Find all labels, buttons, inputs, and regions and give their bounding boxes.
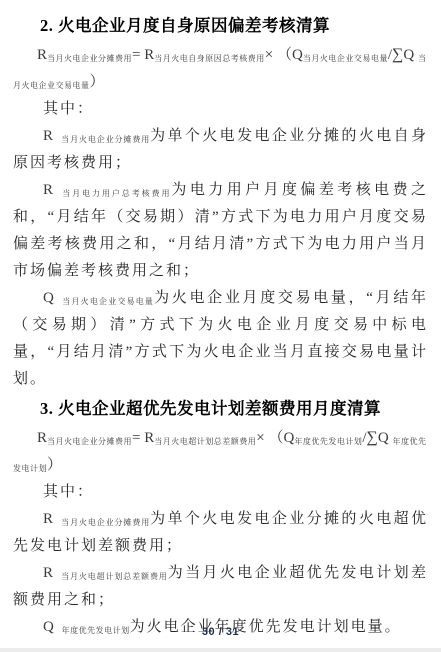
document-page: 2. 火电企业月度自身原因偏差考核清算 R当月火电企业分摊费用= R当月火电自身… (0, 0, 441, 652)
formula-var: R (37, 430, 47, 446)
section-2-heading: 2. 火电企业月度自身原因偏差考核清算 (40, 12, 428, 39)
formula-var: R (43, 182, 55, 198)
formula-var: Q (283, 430, 294, 446)
formula-subscript: 当月电力用户总考核费用 (62, 189, 171, 198)
definition-paragraph: R 当月火电企业分摊费用为单个火电发电企业分摊的火电超优先发电计划差额费用； (13, 506, 428, 560)
formula-paren: （ (268, 430, 283, 446)
formula-operator: = (132, 430, 140, 446)
page-number: 30 / 31 (0, 626, 441, 638)
formula-operator: = (132, 47, 140, 63)
definition-paragraph: R 当月电力用户总考核费用为电力用户月度偏差考核电费之和，“月结年（交易期）清”… (13, 177, 428, 285)
formula-var: R (144, 47, 154, 63)
section-2-formula: R当月火电企业分摊费用= R当月火电自身原因总考核费用× （Q当月火电企业交易电… (13, 41, 428, 96)
formula-var: R (43, 511, 55, 527)
formula-var: R (37, 47, 47, 63)
formula-subscript: 当月火电超计划总差额费用 (61, 572, 168, 581)
definition-paragraph: R 当月火电企业分摊费用为单个火电发电企业分摊的火电自身原因考核费用； (13, 123, 428, 177)
among-label: 其中： (13, 479, 428, 506)
formula-operator: × (265, 47, 273, 63)
formula-paren: （ (277, 47, 292, 63)
formula-subscript: 当月火电企业交易电量 (303, 54, 388, 63)
section-3-formula: R当月火电企业分摊费用= R当月火电超计划总差额费用× （Q年度优先发电计划/∑… (13, 424, 428, 479)
sigma-symbol: ∑ (392, 46, 403, 63)
sigma-symbol: ∑ (367, 429, 378, 446)
formula-var: R (144, 430, 154, 446)
formula-var: Q (378, 430, 389, 446)
formula-subscript: 当月火电企业交易电量 (62, 297, 154, 306)
formula-operator: × (256, 430, 264, 446)
formula-subscript: 当月火电自身原因总考核费用 (154, 54, 265, 63)
formula-var: Q (43, 290, 56, 306)
definition-paragraph: Q 当月火电企业交易电量为火电企业月度交易电量，“月结年（交易期）清”方式下为火… (13, 285, 428, 393)
definition-paragraph: R 当月火电超计划总差额费用为当月火电企业超优先发电计划差额费用之和； (13, 560, 428, 614)
formula-subscript: 年度优先发电计划 (294, 437, 362, 446)
formula-subscript: 当月火电企业分摊费用 (61, 518, 150, 527)
formula-subscript: 当月火电企业分摊费用 (47, 54, 132, 63)
formula-subscript: 当月火电企业分摊费用 (61, 135, 150, 144)
section-3-heading: 3. 火电企业超优先发电计划差额费用月度清算 (40, 395, 428, 422)
formula-var: R (43, 565, 55, 581)
formula-var: Q (292, 47, 303, 63)
formula-subscript: 当月火电企业分摊费用 (47, 437, 132, 446)
page-bottom-edge (0, 648, 441, 652)
formula-var: R (43, 128, 55, 144)
among-label: 其中： (13, 96, 428, 123)
formula-paren: ） (47, 457, 62, 473)
formula-var: Q (403, 47, 414, 63)
formula-subscript: 当月火电超计划总差额费用 (154, 437, 256, 446)
formula-paren: ） (90, 74, 105, 90)
